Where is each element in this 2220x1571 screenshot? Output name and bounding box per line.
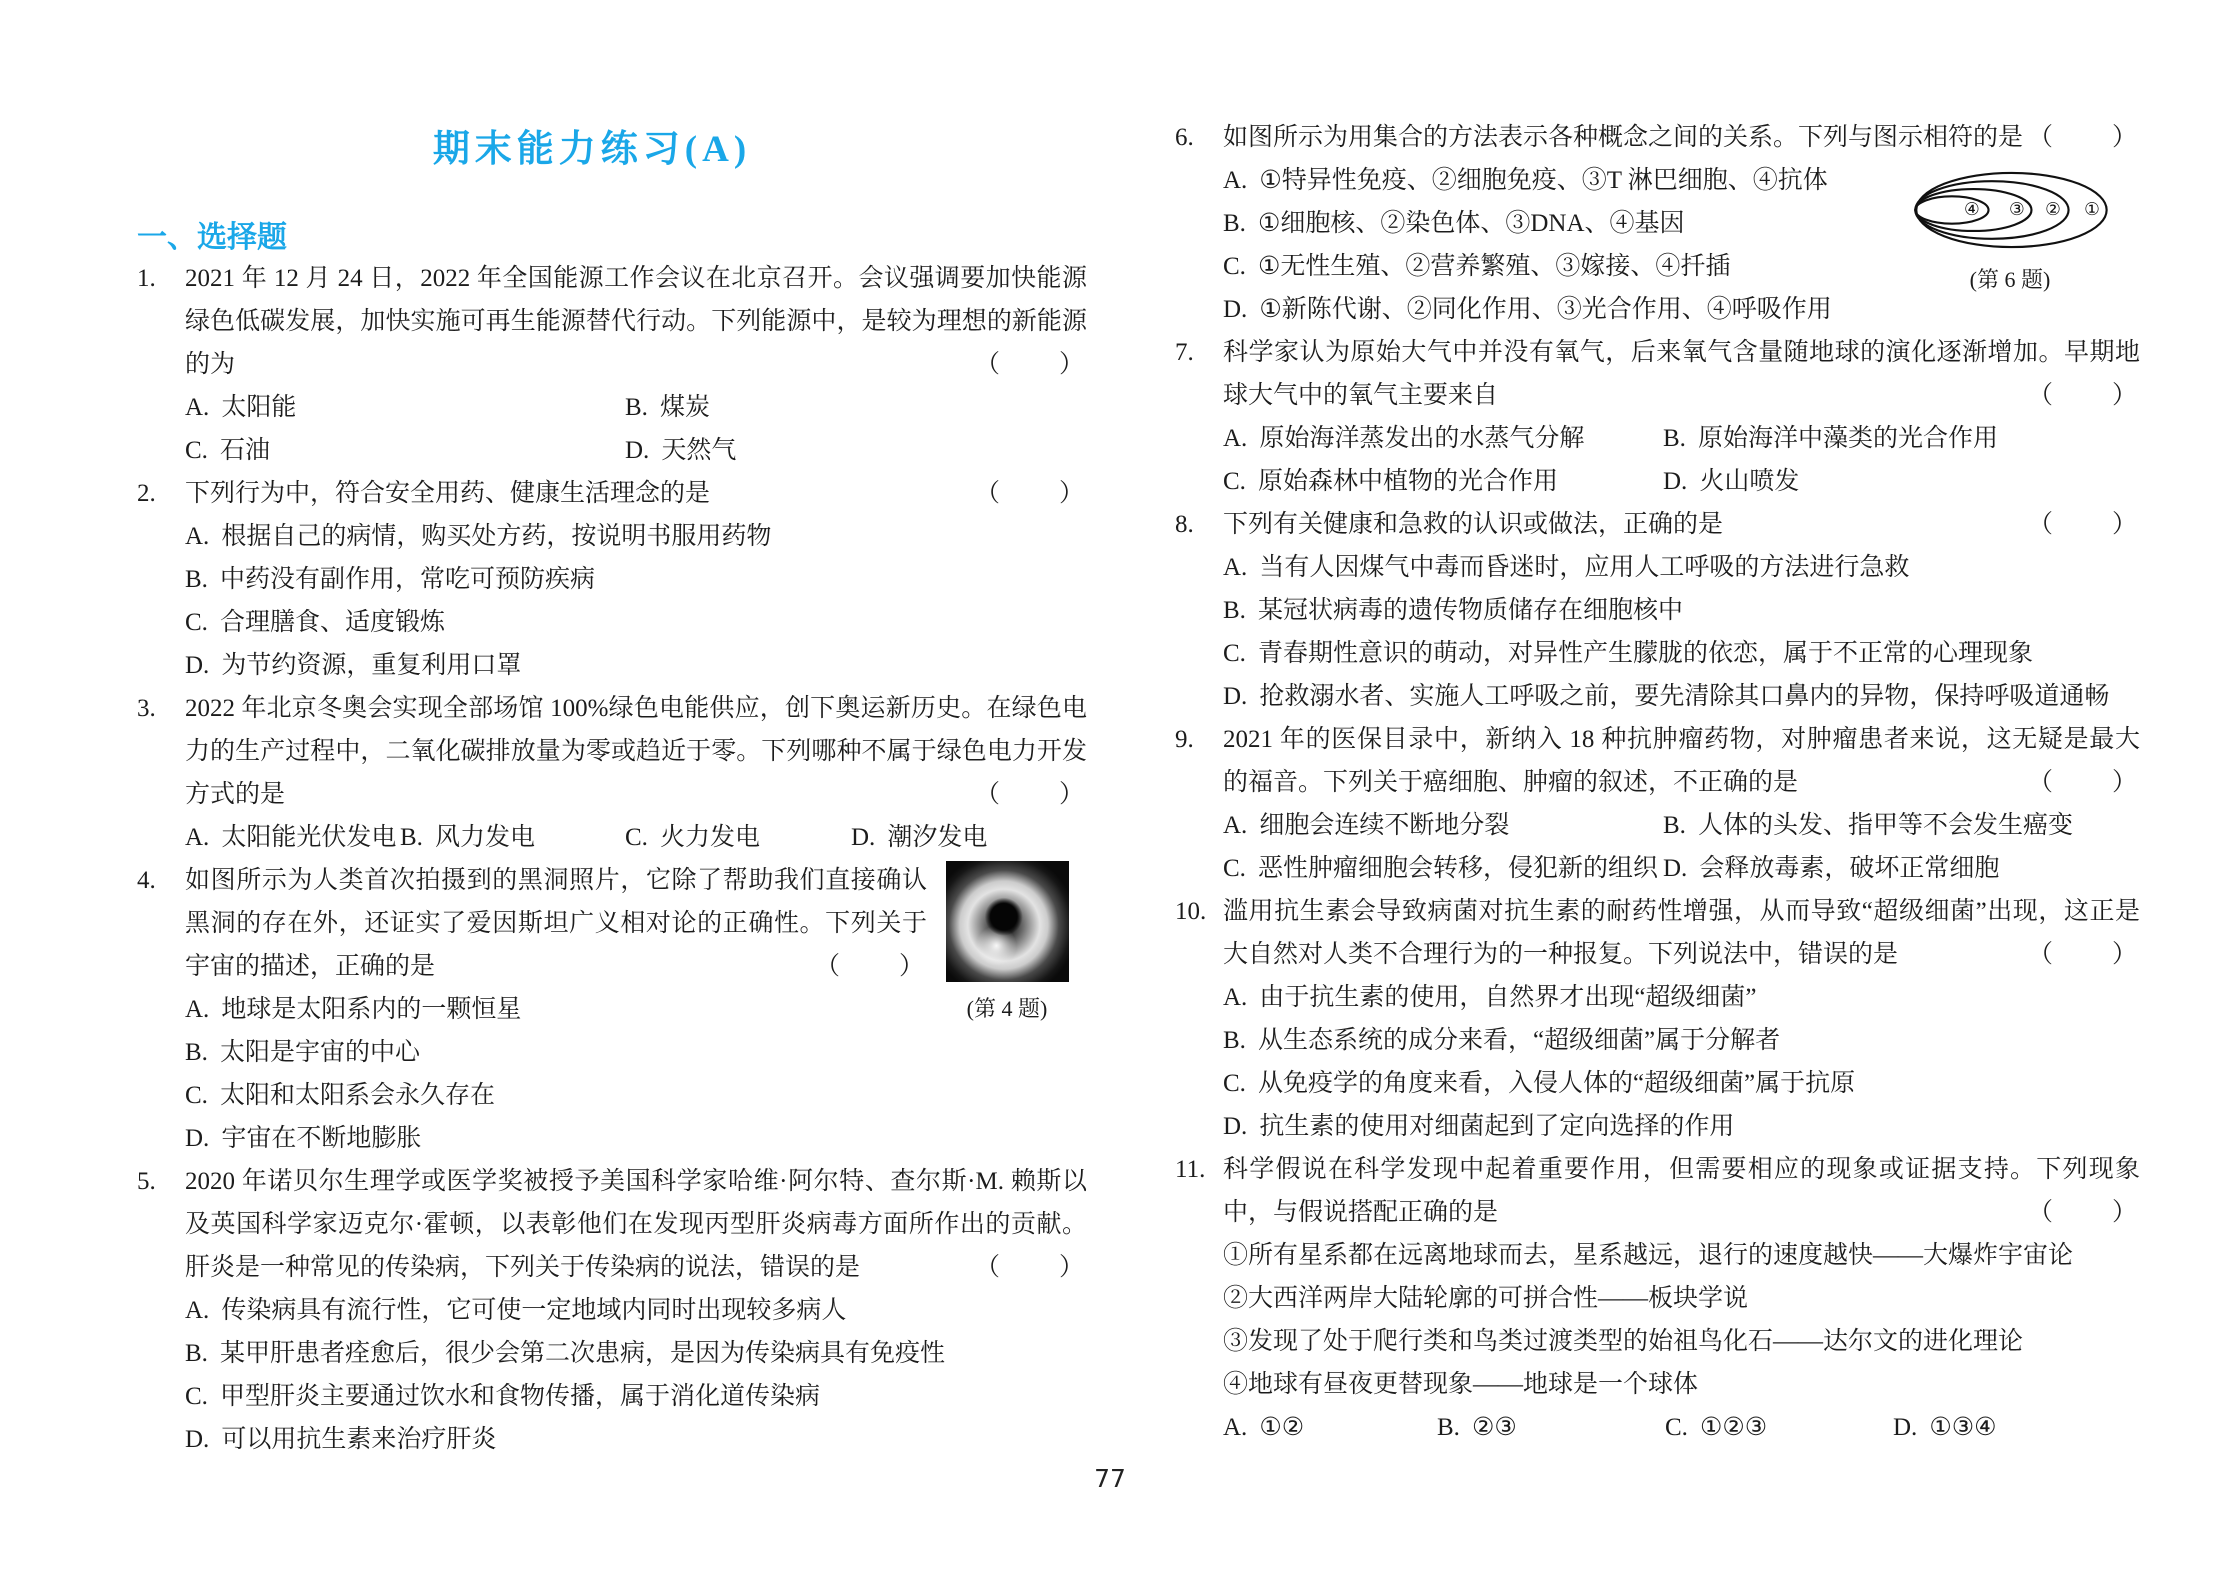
question-stem-text: 2020 年诺贝尔生理学或医学奖被授予美国科学家哈维·阿尔特、查尔斯·M. 赖斯… [185, 1168, 1087, 1281]
option-text: 会释放毒素，破坏正常细胞 [1699, 855, 1999, 882]
option-label: C. [1223, 468, 1246, 495]
left-column: 1.2021 年 12 月 24 日，2022 年全国能源工作会议在北京召开。会… [137, 257, 1087, 1461]
option-c: C.原始森林中植物的光合作用 [1223, 460, 1663, 503]
option-label: C. [185, 437, 208, 464]
option-a: A.细胞会连续不断地分裂 [1223, 804, 1663, 847]
right-column: 6.如图所示为用集合的方法表示各种概念之间的关系。下列与图示相符的是（ ）A.①… [1175, 116, 2140, 1449]
question-2: 2.下列行为中，符合安全用药、健康生活理念的是（ ）A.根据自己的病情，购买处方… [137, 472, 1087, 687]
options-with-figure: A.①特异性免疫、②细胞免疫、③T 淋巴细胞、④抗体B.①细胞核、②染色体、③D… [1223, 159, 2140, 331]
figure-caption: (第 4 题) [967, 994, 1048, 1024]
option-d: D.为节约资源，重复利用口罩 [185, 644, 1087, 687]
answer-bracket: （ ） [815, 945, 927, 988]
option-label: A. [185, 1297, 209, 1324]
option-c: C.青春期性意识的萌动，对异性产生朦胧的依恋，属于不正常的心理现象 [1223, 632, 2140, 675]
option-label: B. [1663, 812, 1686, 839]
option-text: 煤炭 [660, 394, 710, 421]
option-c: C.合理膳食、适度锻炼 [185, 601, 1087, 644]
option-text: 某冠状病毒的遗传物质储存在细胞核中 [1258, 597, 1683, 624]
question-stem: 如图所示为人类首次拍摄到的黑洞照片，它除了帮助我们直接确认黑洞的存在外，还证实了… [185, 859, 927, 988]
option-d: D.抗生素的使用对细菌起到了定向选择的作用 [1223, 1105, 2140, 1148]
figure-caption: (第 6 题) [1970, 265, 2051, 295]
option-a: A.根据自己的病情，购买处方药，按说明书服用药物 [185, 515, 1087, 558]
option-d: D.抢救溺水者、实施人工呼吸之前，要先清除其口鼻内的异物，保持呼吸道通畅 [1223, 675, 2140, 718]
question-stem-text: 科学假说在科学发现中起着重要作用，但需要相应的现象或证据支持。下列现象中，与假说… [1223, 1156, 2140, 1226]
question-6: 6.如图所示为用集合的方法表示各种概念之间的关系。下列与图示相符的是（ ）A.①… [1175, 116, 2140, 331]
question-main: A.①特异性免疫、②细胞免疫、③T 淋巴细胞、④抗体B.①细胞核、②染色体、③D… [1223, 159, 1880, 331]
option-label: B. [185, 1340, 208, 1367]
option-a: A.由于抗生素的使用，自然界才出现“超级细菌” [1223, 976, 2140, 1019]
option-b: B.②③ [1437, 1406, 1665, 1449]
question-stem: 下列有关健康和急救的认识或做法，正确的是（ ） [1223, 503, 2140, 546]
question-figure: ④③②①(第 6 题) [1880, 159, 2140, 295]
question-stem: 2020 年诺贝尔生理学或医学奖被授予美国科学家哈维·阿尔特、查尔斯·M. 赖斯… [185, 1160, 1087, 1289]
page-title: 期末能力练习(A) [117, 118, 1067, 172]
answer-bracket: （ ） [975, 1246, 1087, 1289]
option-text: 某甲肝患者痊愈后，很少会第二次患病，是因为传染病具有免疫性 [220, 1340, 945, 1367]
question-number: 4. [137, 859, 156, 902]
question-number: 10. [1175, 890, 1206, 933]
question-stem-text: 2021 年的医保目录中，新纳入 18 种抗肿瘤药物，对肿瘤患者来说，这无疑是最… [1223, 726, 2140, 796]
answer-bracket: （ ） [2028, 761, 2140, 804]
option-label: D. [625, 437, 649, 464]
question-stem-text: 2022 年北京冬奥会实现全部场馆 100%绿色电能供应，创下奥运新历史。在绿色… [185, 695, 1087, 808]
question-stem: 下列行为中，符合安全用药、健康生活理念的是（ ） [185, 472, 1087, 515]
option-label: D. [1893, 1414, 1917, 1441]
question-main: 如图所示为人类首次拍摄到的黑洞照片，它除了帮助我们直接确认黑洞的存在外，还证实了… [185, 859, 927, 1160]
question-4: 4.如图所示为人类首次拍摄到的黑洞照片，它除了帮助我们直接确认黑洞的存在外，还证… [137, 859, 1087, 1160]
option-text: 可以用抗生素来治疗肝炎 [221, 1426, 496, 1453]
option-label: A. [185, 523, 209, 550]
option-c: C.石油 [185, 429, 625, 472]
option-a: A.原始海洋蒸发出的水蒸气分解 [1223, 417, 1663, 460]
set-label: ① [2084, 200, 2100, 220]
options-group: A.细胞会连续不断地分裂B.人体的头发、指甲等不会发生癌变C.恶性肿瘤细胞会转移… [1223, 804, 2140, 890]
question-stem: 2022 年北京冬奥会实现全部场馆 100%绿色电能供应，创下奥运新历史。在绿色… [185, 687, 1087, 816]
option-text: 中药没有副作用，常吃可预防疾病 [220, 566, 595, 593]
option-label: D. [185, 1125, 209, 1152]
option-text: 根据自己的病情，购买处方药，按说明书服用药物 [221, 523, 771, 550]
option-b: B.某冠状病毒的遗传物质储存在细胞核中 [1223, 589, 2140, 632]
question-number: 1. [137, 257, 156, 300]
question-stem-text: 滥用抗生素会导致病菌对抗生素的耐药性增强，从而导致“超级细菌”出现，这正是大自然… [1223, 898, 2140, 968]
options-group: A.①②B.②③C.①②③D.①③④ [1223, 1406, 2140, 1449]
option-label: B. [400, 824, 423, 851]
question-number: 9. [1175, 718, 1194, 761]
option-d: D.潮汐发电 [851, 816, 987, 859]
option-b: B.某甲肝患者痊愈后，很少会第二次患病，是因为传染病具有免疫性 [185, 1332, 1087, 1375]
set-label: ③ [2009, 200, 2025, 220]
black-hole-photo [946, 861, 1069, 982]
options-group: A.太阳能光伏发电B.风力发电C.火力发电D.潮汐发电 [185, 816, 1087, 859]
option-c: C.恶性肿瘤细胞会转移，侵犯新的组织 [1223, 847, 1663, 890]
option-label: C. [1223, 253, 1246, 280]
options-group: A.原始海洋蒸发出的水蒸气分解B.原始海洋中藻类的光合作用C.原始森林中植物的光… [1223, 417, 2140, 503]
section-heading: 一、选择题 [137, 212, 287, 256]
option-label: B. [625, 394, 648, 421]
option-label: D. [1223, 296, 1247, 323]
option-text: 火力发电 [660, 824, 760, 851]
option-label: D. [185, 1426, 209, 1453]
question-3: 3.2022 年北京冬奥会实现全部场馆 100%绿色电能供应，创下奥运新历史。在… [137, 687, 1087, 859]
question-1: 1.2021 年 12 月 24 日，2022 年全国能源工作会议在北京召开。会… [137, 257, 1087, 472]
statements-group: ①所有星系都在远离地球而去，星系越远，退行的速度越快——大爆炸宇宙论②大西洋两岸… [1223, 1234, 2140, 1406]
option-row: A.细胞会连续不断地分裂B.人体的头发、指甲等不会发生癌变 [1223, 804, 2140, 847]
statement-item: ②大西洋两岸大陆轮廓的可拼合性——板块学说 [1223, 1277, 2140, 1320]
option-text: 从生态系统的成分来看，“超级细菌”属于分解者 [1258, 1027, 1780, 1054]
option-b: B.中药没有副作用，常吃可预防疾病 [185, 558, 1087, 601]
option-text: 风力发电 [435, 824, 535, 851]
nested-sets-diagram: ④③②① [1912, 169, 2108, 251]
question-stem: 科学家认为原始大气中并没有氧气，后来氧气含量随地球的演化逐渐增加。早期地球大气中… [1223, 331, 2140, 417]
option-row: C.恶性肿瘤细胞会转移，侵犯新的组织D.会释放毒素，破坏正常细胞 [1223, 847, 2140, 890]
option-label: D. [1223, 683, 1247, 710]
question-stem: 如图所示为用集合的方法表示各种概念之间的关系。下列与图示相符的是（ ） [1223, 116, 2140, 159]
statement-item: ①所有星系都在远离地球而去，星系越远，退行的速度越快——大爆炸宇宙论 [1223, 1234, 2140, 1277]
option-text: 青春期性意识的萌动，对异性产生朦胧的依恋，属于不正常的心理现象 [1258, 640, 2033, 667]
set-label: ② [2045, 200, 2061, 220]
option-b: B.从生态系统的成分来看，“超级细菌”属于分解者 [1223, 1019, 2140, 1062]
option-text: 原始海洋中藻类的光合作用 [1698, 425, 1998, 452]
option-text: 太阳是宇宙的中心 [220, 1039, 420, 1066]
option-text: 传染病具有流行性，它可使一定地域内同时出现较多病人 [221, 1297, 846, 1324]
question-stem-text: 2021 年 12 月 24 日，2022 年全国能源工作会议在北京召开。会议强… [185, 265, 1087, 378]
question-9: 9.2021 年的医保目录中，新纳入 18 种抗肿瘤药物，对肿瘤患者来说，这无疑… [1175, 718, 2140, 890]
question-stem-text: 科学家认为原始大气中并没有氧气，后来氧气含量随地球的演化逐渐增加。早期地球大气中… [1223, 339, 2140, 409]
question-stem-text: 下列有关健康和急救的认识或做法，正确的是 [1223, 511, 1723, 538]
option-d: D.火山喷发 [1663, 460, 2140, 503]
option-text: 细胞会连续不断地分裂 [1259, 812, 1509, 839]
option-row: C.原始森林中植物的光合作用D.火山喷发 [1223, 460, 2140, 503]
option-a: A.传染病具有流行性，它可使一定地域内同时出现较多病人 [185, 1289, 1087, 1332]
option-label: C. [185, 1082, 208, 1109]
option-label: B. [1223, 1027, 1246, 1054]
option-d: D.可以用抗生素来治疗肝炎 [185, 1418, 1087, 1461]
option-text: 为节约资源，重复利用口罩 [221, 652, 521, 679]
option-label: C. [1223, 640, 1246, 667]
question-7: 7.科学家认为原始大气中并没有氧气，后来氧气含量随地球的演化逐渐增加。早期地球大… [1175, 331, 2140, 503]
option-c: C.火力发电 [625, 816, 851, 859]
options-group: A.①特异性免疫、②细胞免疫、③T 淋巴细胞、④抗体B.①细胞核、②染色体、③D… [1223, 159, 1880, 331]
options-group: A.根据自己的病情，购买处方药，按说明书服用药物B.中药没有副作用，常吃可预防疾… [185, 515, 1087, 687]
option-label: D. [851, 824, 875, 851]
option-text: ①特异性免疫、②细胞免疫、③T 淋巴细胞、④抗体 [1259, 167, 1827, 194]
option-row: A.原始海洋蒸发出的水蒸气分解B.原始海洋中藻类的光合作用 [1223, 417, 2140, 460]
option-c: C.①②③ [1665, 1406, 1893, 1449]
answer-bracket: （ ） [975, 343, 1087, 386]
option-d: D.①③④ [1893, 1406, 1997, 1449]
option-text: ②③ [1472, 1414, 1517, 1441]
question-number: 11. [1175, 1148, 1205, 1191]
answer-bracket: （ ） [2028, 116, 2140, 159]
question-number: 6. [1175, 116, 1194, 159]
option-text: 地球是太阳系内的一颗恒星 [221, 996, 521, 1023]
option-label: A. [185, 824, 209, 851]
option-c: C.太阳和太阳系会永久存在 [185, 1074, 927, 1117]
page-number: 77 [1062, 1464, 1158, 1493]
option-a: A.太阳能 [185, 386, 625, 429]
option-text: 抗生素的使用对细菌起到了定向选择的作用 [1259, 1113, 1734, 1140]
option-text: 潮汐发电 [887, 824, 987, 851]
option-label: B. [1663, 425, 1686, 452]
option-c: C.甲型肝炎主要通过饮水和食物传播，属于消化道传染病 [185, 1375, 1087, 1418]
options-group: A.当有人因煤气中毒而昏迷时，应用人工呼吸的方法进行急救B.某冠状病毒的遗传物质… [1223, 546, 2140, 718]
question-stem: 科学假说在科学发现中起着重要作用，但需要相应的现象或证据支持。下列现象中，与假说… [1223, 1148, 2140, 1234]
options-group: A.太阳能B.煤炭C.石油D.天然气 [185, 386, 1087, 472]
question-stem: 2021 年 12 月 24 日，2022 年全国能源工作会议在北京召开。会议强… [185, 257, 1087, 386]
question-number: 8. [1175, 503, 1194, 546]
question-8: 8.下列有关健康和急救的认识或做法，正确的是（ ）A.当有人因煤气中毒而昏迷时，… [1175, 503, 2140, 718]
option-text: ①细胞核、②染色体、③DNA、④基因 [1258, 210, 1685, 237]
option-text: 太阳和太阳系会永久存在 [220, 1082, 495, 1109]
option-c: C.从免疫学的角度来看，入侵人体的“超级细菌”属于抗原 [1223, 1062, 2140, 1105]
option-a: A.当有人因煤气中毒而昏迷时，应用人工呼吸的方法进行急救 [1223, 546, 2140, 589]
option-text: 天然气 [661, 437, 736, 464]
options-group: A.地球是太阳系内的一颗恒星B.太阳是宇宙的中心C.太阳和太阳系会永久存在D.宇… [185, 988, 927, 1160]
option-text: 从免疫学的角度来看，入侵人体的“超级细菌”属于抗原 [1258, 1070, 1855, 1097]
option-text: 原始森林中植物的光合作用 [1258, 468, 1558, 495]
option-text: 人体的头发、指甲等不会发生癌变 [1698, 812, 2073, 839]
options-group: A.传染病具有流行性，它可使一定地域内同时出现较多病人B.某甲肝患者痊愈后，很少… [185, 1289, 1087, 1461]
option-label: D. [1663, 855, 1687, 882]
option-label: A. [1223, 167, 1247, 194]
statement-item: ④地球有昼夜更替现象——地球是一个球体 [1223, 1363, 2140, 1406]
question-body: 如图所示为人类首次拍摄到的黑洞照片，它除了帮助我们直接确认黑洞的存在外，还证实了… [185, 859, 1087, 1160]
option-a: A.①特异性免疫、②细胞免疫、③T 淋巴细胞、④抗体 [1223, 159, 1880, 202]
option-label: B. [185, 566, 208, 593]
question-stem: 2021 年的医保目录中，新纳入 18 种抗肿瘤药物，对肿瘤患者来说，这无疑是最… [1223, 718, 2140, 804]
option-b: B.人体的头发、指甲等不会发生癌变 [1663, 804, 2140, 847]
option-row: A.①②B.②③C.①②③D.①③④ [1223, 1406, 2140, 1449]
option-text: ①② [1259, 1414, 1304, 1441]
option-text: 当有人因煤气中毒而昏迷时，应用人工呼吸的方法进行急救 [1259, 554, 1909, 581]
option-label: A. [1223, 812, 1247, 839]
option-row: C.石油D.天然气 [185, 429, 1087, 472]
question-number: 2. [137, 472, 156, 515]
answer-bracket: （ ） [975, 773, 1087, 816]
option-b: B.煤炭 [625, 386, 1087, 429]
option-label: B. [1223, 210, 1246, 237]
option-label: D. [1223, 1113, 1247, 1140]
option-text: 原始海洋蒸发出的水蒸气分解 [1259, 425, 1584, 452]
question-stem-text: 如图所示为用集合的方法表示各种概念之间的关系。下列与图示相符的是 [1223, 124, 2023, 151]
option-label: D. [185, 652, 209, 679]
question-number: 3. [137, 687, 156, 730]
option-label: B. [1437, 1414, 1460, 1441]
option-d: D.①新陈代谢、②同化作用、③光合作用、④呼吸作用 [1223, 288, 1880, 331]
option-text: ①新陈代谢、②同化作用、③光合作用、④呼吸作用 [1259, 296, 1831, 323]
option-d: D.宇宙在不断地膨胀 [185, 1117, 927, 1160]
option-d: D.会释放毒素，破坏正常细胞 [1663, 847, 2140, 890]
answer-bracket: （ ） [975, 472, 1087, 515]
option-label: A. [185, 996, 209, 1023]
option-label: C. [1223, 855, 1246, 882]
option-b: B.①细胞核、②染色体、③DNA、④基因 [1223, 202, 1880, 245]
option-label: A. [1223, 425, 1247, 452]
option-text: 宇宙在不断地膨胀 [221, 1125, 421, 1152]
option-label: B. [1223, 597, 1246, 624]
option-b: B.太阳是宇宙的中心 [185, 1031, 927, 1074]
option-label: A. [1223, 554, 1247, 581]
question-5: 5.2020 年诺贝尔生理学或医学奖被授予美国科学家哈维·阿尔特、查尔斯·M. … [137, 1160, 1087, 1461]
option-label: C. [185, 1383, 208, 1410]
option-label: B. [185, 1039, 208, 1066]
answer-bracket: （ ） [2028, 374, 2140, 417]
question-10: 10.滥用抗生素会导致病菌对抗生素的耐药性增强，从而导致“超级细菌”出现，这正是… [1175, 890, 2140, 1148]
option-text: 太阳能 [221, 394, 296, 421]
question-stem-text: 下列行为中，符合安全用药、健康生活理念的是 [185, 480, 710, 507]
option-text: 火山喷发 [1699, 468, 1799, 495]
option-text: ①②③ [1700, 1414, 1767, 1441]
option-text: 恶性肿瘤细胞会转移，侵犯新的组织 [1258, 855, 1658, 882]
question-figure: (第 4 题) [927, 859, 1087, 1024]
option-text: 太阳能光伏发电 [221, 824, 396, 851]
option-text: 由于抗生素的使用，自然界才出现“超级细菌” [1259, 984, 1756, 1011]
option-label: C. [1223, 1070, 1246, 1097]
answer-bracket: （ ） [2028, 503, 2140, 546]
set-label: ④ [1964, 200, 1980, 220]
option-row: A.太阳能光伏发电B.风力发电C.火力发电D.潮汐发电 [185, 816, 1087, 859]
option-c: C.①无性生殖、②营养繁殖、③嫁接、④扦插 [1223, 245, 1880, 288]
answer-bracket: （ ） [2028, 933, 2140, 976]
answer-bracket: （ ） [2028, 1191, 2140, 1234]
option-row: A.太阳能B.煤炭 [185, 386, 1087, 429]
option-label: C. [625, 824, 648, 851]
option-a: A.太阳能光伏发电 [185, 816, 400, 859]
question-stem: 滥用抗生素会导致病菌对抗生素的耐药性增强，从而导致“超级细菌”出现，这正是大自然… [1223, 890, 2140, 976]
option-text: 抢救溺水者、实施人工呼吸之前，要先清除其口鼻内的异物，保持呼吸道通畅 [1259, 683, 2109, 710]
option-label: A. [1223, 984, 1247, 1011]
option-label: A. [1223, 1414, 1247, 1441]
option-label: C. [185, 609, 208, 636]
statement-item: ③发现了处于爬行类和鸟类过渡类型的始祖鸟化石——达尔文的进化理论 [1223, 1320, 2140, 1363]
options-group: A.由于抗生素的使用，自然界才出现“超级细菌”B.从生态系统的成分来看，“超级细… [1223, 976, 2140, 1148]
option-b: B.原始海洋中藻类的光合作用 [1663, 417, 2140, 460]
option-text: 合理膳食、适度锻炼 [220, 609, 445, 636]
option-text: ①③④ [1929, 1414, 1996, 1441]
question-number: 5. [137, 1160, 156, 1203]
option-label: A. [185, 394, 209, 421]
option-text: ①无性生殖、②营养繁殖、③嫁接、④扦插 [1258, 253, 1730, 280]
option-label: C. [1665, 1414, 1688, 1441]
option-a: A.地球是太阳系内的一颗恒星 [185, 988, 927, 1031]
question-11: 11.科学假说在科学发现中起着重要作用，但需要相应的现象或证据支持。下列现象中，… [1175, 1148, 2140, 1449]
option-label: D. [1663, 468, 1687, 495]
option-text: 石油 [220, 437, 270, 464]
option-text: 甲型肝炎主要通过饮水和食物传播，属于消化道传染病 [220, 1383, 820, 1410]
question-number: 7. [1175, 331, 1194, 374]
exam-page: 期末能力练习(A) 一、选择题 1.2021 年 12 月 24 日，2022 … [0, 0, 2220, 1571]
option-b: B.风力发电 [400, 816, 625, 859]
option-a: A.①② [1223, 1406, 1437, 1449]
option-d: D.天然气 [625, 429, 1087, 472]
